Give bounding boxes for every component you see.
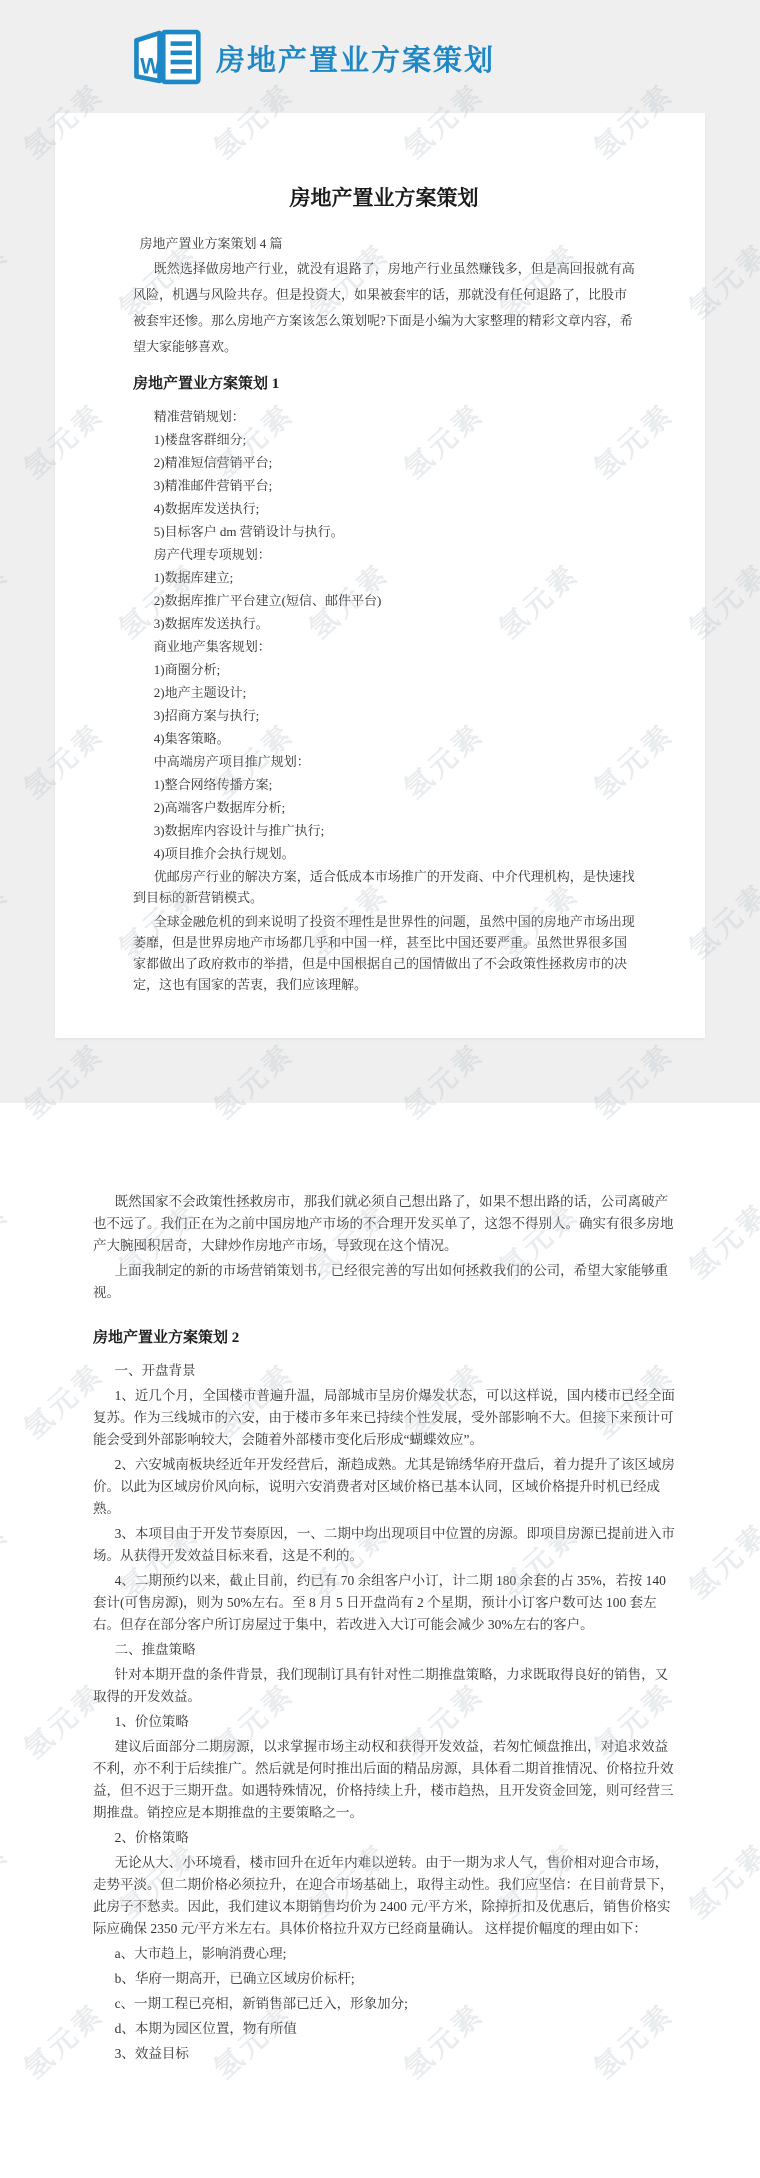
document-page-2: 既然国家不会政策性拯救房市，那我们就必须自己想出路了，如果不想出路的话，公司离破… <box>0 1103 760 2178</box>
doc-paragraph: 1、近几个月，全国楼市普遍升温，局部城市呈房价爆发状态，可以这样说，国内楼市已经… <box>93 1385 677 1451</box>
doc-paragraph: 1)楼盘客群细分; <box>133 429 635 450</box>
doc-paragraph: 商业地产集客规划： <box>133 636 635 657</box>
page2-content: 既然国家不会政策性拯救房市，那我们就必须自己想出路了，如果不想出路的话，公司离破… <box>93 1191 677 2065</box>
doc-section-heading: 房地产置业方案策划 1 <box>133 374 635 394</box>
doc-paragraph: 2)数据库推广平台建立(短信、邮件平台) <box>133 590 635 611</box>
document-page-1: 房地产置业方案策划 房地产置业方案策划 4 篇既然选择做房地产行业，就没有退路了… <box>55 113 705 1038</box>
doc-paragraph: 上面我制定的新的市场营销策划书，已经很完善的写出如何拯救我们的公司，希望大家能够… <box>93 1260 677 1304</box>
doc-paragraph: 既然选择做房地产行业，就没有退路了，房地产行业虽然赚钱多，但是高回报就有高风险，… <box>133 256 635 360</box>
doc-paragraph: 3)招商方案与执行; <box>133 705 635 726</box>
doc-paragraph: 1)数据库建立; <box>133 567 635 588</box>
doc-paragraph: 针对本期开盘的条件背景，我们现制订具有针对性二期推盘策略，力求既取得良好的销售，… <box>93 1664 677 1708</box>
page1-content: 房地产置业方案策划 4 篇既然选择做房地产行业，就没有退路了，房地产行业虽然赚钱… <box>133 233 635 995</box>
watermark-text: 氢元素 <box>0 873 17 967</box>
doc-paragraph: 房产代理专项规划： <box>133 544 635 565</box>
word-document-icon: W <box>130 29 202 85</box>
site-header: W 房地产置业方案策划 <box>0 0 760 113</box>
doc-paragraph: 优邮房产行业的解决方案，适合低成本市场推广的开发商、中介代理机构，是快速找到目标… <box>133 866 635 908</box>
doc-paragraph: 全球金融危机的到来说明了投资不理性是世界性的问题，虽然中国的房地产市场出现萎靡，… <box>133 911 635 995</box>
doc-paragraph: 1、价位策略 <box>93 1711 677 1733</box>
doc-paragraph: 4)数据库发送执行; <box>133 498 635 519</box>
document-title: 房地产置业方案策划 <box>133 183 635 213</box>
doc-paragraph: c、一期工程已亮相，新销售部已迁入，形象加分; <box>93 1993 677 2015</box>
doc-paragraph: 2)精准短信营销平台; <box>133 452 635 473</box>
doc-paragraph: 建议后面部分二期房源，以求掌握市场主动权和获得开发效益，若匆忙倾盘推出，对追求效… <box>93 1736 677 1824</box>
doc-paragraph: a、大市趋上，影响消费心理; <box>93 1943 677 1965</box>
doc-paragraph: 4)项目推介会执行规划。 <box>133 843 635 864</box>
doc-paragraph: b、华府一期高开，已确立区域房价标杆; <box>93 1968 677 1990</box>
doc-paragraph: 4)集客策略。 <box>133 728 635 749</box>
doc-paragraph: 2)地产主题设计; <box>133 682 635 703</box>
doc-paragraph: 5)目标客户 dm 营销设计与执行。 <box>133 521 635 542</box>
doc-paragraph: 3)数据库发送执行。 <box>133 613 635 634</box>
doc-paragraph: 1)商圈分析; <box>133 659 635 680</box>
doc-paragraph: 2、六安城南板块经近年开发经营后，渐趋成熟。尤其是锦绣华府开盘后，着力提升了该区… <box>93 1454 677 1520</box>
doc-paragraph: 3)精准邮件营销平台; <box>133 475 635 496</box>
doc-paragraph: 1)整合网络传播方案; <box>133 774 635 795</box>
watermark-text: 氢元素 <box>0 553 17 647</box>
doc-paragraph: 二、推盘策略 <box>93 1639 677 1661</box>
doc-paragraph: 既然国家不会政策性拯救房市，那我们就必须自己想出路了，如果不想出路的话，公司离破… <box>93 1191 677 1257</box>
doc-section-heading: 房地产置业方案策划 2 <box>93 1328 677 1348</box>
doc-paragraph: 3、效益目标 <box>93 2043 677 2065</box>
doc-paragraph: 2、价格策略 <box>93 1827 677 1849</box>
doc-paragraph: 精准营销规划： <box>133 406 635 427</box>
site-logo[interactable]: W 房地产置业方案策划 <box>130 29 495 85</box>
doc-paragraph: 3、本项目由于开发节奏原因，一、二期中均出现项目中位置的房源。即项目房源已提前进… <box>93 1523 677 1567</box>
site-title: 房地产置业方案策划 <box>216 38 495 79</box>
doc-paragraph: 一、开盘背景 <box>93 1360 677 1382</box>
doc-paragraph: 4、二期预约以来，截止目前，约已有 70 余组客户小订，计二期 180 余套的占… <box>93 1570 677 1636</box>
doc-paragraph: 中高端房产项目推广规划： <box>133 751 635 772</box>
doc-paragraph: d、本期为园区位置，物有所值 <box>93 2018 677 2040</box>
doc-paragraph: 2)高端客户数据库分析; <box>133 797 635 818</box>
doc-paragraph: 房地产置业方案策划 4 篇 <box>133 233 635 254</box>
svg-text:W: W <box>140 53 161 78</box>
watermark-text: 氢元素 <box>0 233 17 327</box>
doc-paragraph: 无论从大、小环境看，楼市回升在近年内难以逆转。由于一期为求人气，售价相对迎合市场… <box>93 1852 677 1940</box>
doc-paragraph: 3)数据库内容设计与推广执行; <box>133 820 635 841</box>
